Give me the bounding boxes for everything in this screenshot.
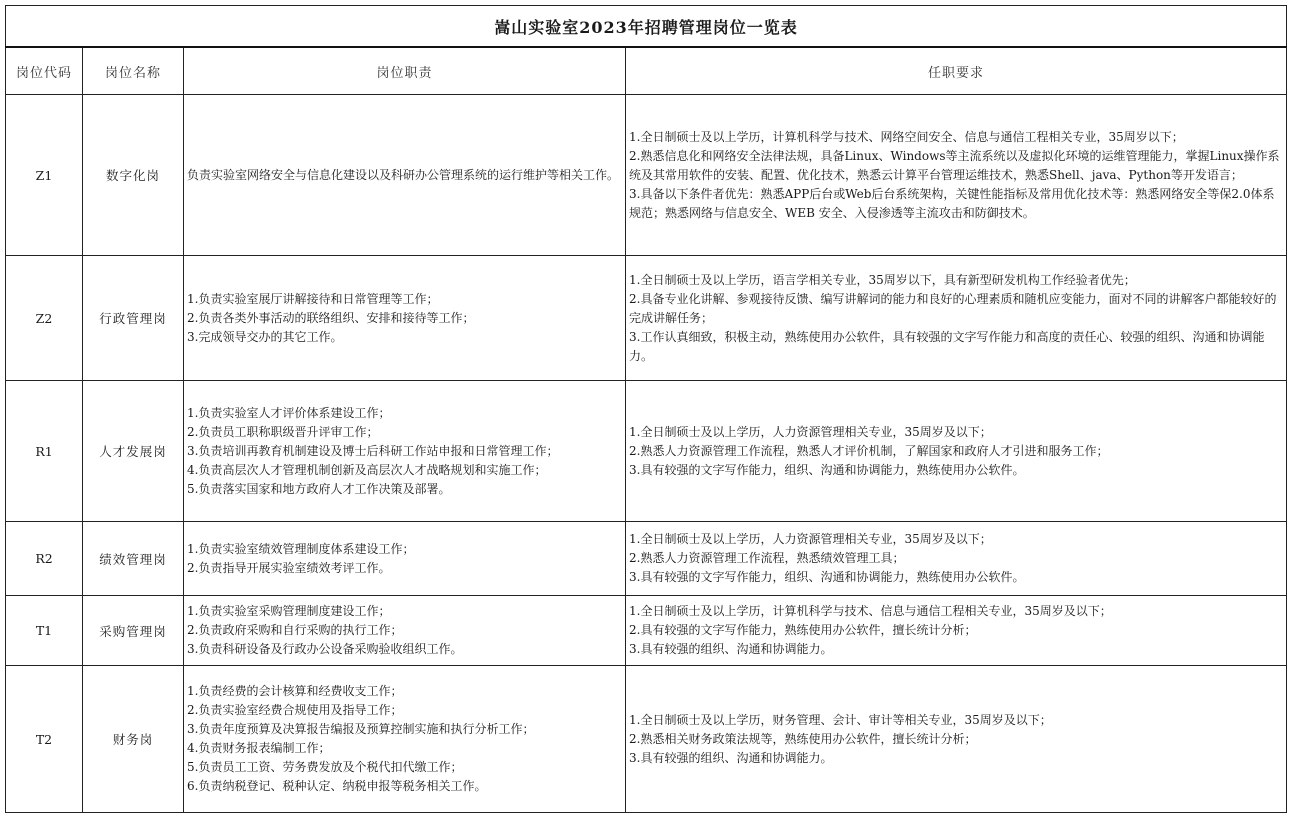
duty-item: 2.负责各类外事活动的联络组织、安排和接待等工作；: [187, 309, 622, 328]
position-code: R2: [6, 522, 83, 596]
table-row: R1 人才发展岗 1.负责实验室人才评价体系建设工作； 2.负责员工职称职级晋升…: [6, 381, 1287, 522]
duty-item: 2.负责指导开展实验室绩效考评工作。: [187, 559, 622, 578]
header-row: 岗位代码 岗位名称 岗位职责 任职要求: [6, 47, 1287, 95]
requirement-item: 3.具有较强的组织、沟通和协调能力。: [629, 749, 1283, 768]
requirement-item: 2.熟悉人力资源管理工作流程，熟悉人才评价机制，了解国家和政府人才引进和服务工作…: [629, 442, 1283, 461]
requirement-item: 1.全日制硕士及以上学历，计算机科学与技术、信息与通信工程相关专业，35周岁及以…: [629, 602, 1283, 621]
duty-item: 3.完成领导交办的其它工作。: [187, 328, 622, 347]
table-row: T2 财务岗 1.负责经费的会计核算和经费收支工作； 2.负责实验室经费合规使用…: [6, 666, 1287, 813]
position-code: T1: [6, 596, 83, 666]
duty-item: 1.负责实验室采购管理制度建设工作；: [187, 602, 622, 621]
duty-item: 1.负责经费的会计核算和经费收支工作；: [187, 682, 622, 701]
position-requirements: 1.全日制硕士及以上学历，人力资源管理相关专业，35周岁及以下； 2.熟悉人力资…: [626, 381, 1287, 522]
position-duties: 负责实验室网络安全与信息化建设以及科研办公管理系统的运行维护等相关工作。: [184, 95, 626, 256]
requirement-item: 1.全日制硕士及以上学历，人力资源管理相关专业，35周岁及以下；: [629, 530, 1283, 549]
title-row: 嵩山实验室2023年招聘管理岗位一览表: [6, 6, 1287, 48]
requirement-item: 2.具备专业化讲解、参观接待反馈、编写讲解词的能力和良好的心理素质和随机应变能力…: [629, 290, 1283, 328]
position-duties: 1.负责实验室绩效管理制度体系建设工作； 2.负责指导开展实验室绩效考评工作。: [184, 522, 626, 596]
position-duties: 1.负责实验室人才评价体系建设工作； 2.负责员工职称职级晋升评审工作； 3.负…: [184, 381, 626, 522]
requirement-item: 2.熟悉人力资源管理工作流程，熟悉绩效管理工具；: [629, 549, 1283, 568]
requirement-item: 1.全日制硕士及以上学历，人力资源管理相关专业，35周岁及以下；: [629, 423, 1283, 442]
position-code: Z2: [6, 256, 83, 381]
page-title: 嵩山实验室2023年招聘管理岗位一览表: [6, 6, 1287, 48]
position-duties: 1.负责实验室展厅讲解接待和日常管理等工作； 2.负责各类外事活动的联络组织、安…: [184, 256, 626, 381]
position-requirements: 1.全日制硕士及以上学历，人力资源管理相关专业，35周岁及以下； 2.熟悉人力资…: [626, 522, 1287, 596]
header-requirements: 任职要求: [626, 47, 1287, 95]
position-name: 财务岗: [83, 666, 184, 813]
position-code: T2: [6, 666, 83, 813]
table-row: T1 采购管理岗 1.负责实验室采购管理制度建设工作； 2.负责政府采购和自行采…: [6, 596, 1287, 666]
requirement-item: 3.工作认真细致，积极主动，熟练使用办公软件，具有较强的文字写作能力和高度的责任…: [629, 328, 1283, 366]
requirement-item: 1.全日制硕士及以上学历，语言学相关专业，35周岁以下，具有新型研发机构工作经验…: [629, 271, 1283, 290]
position-requirements: 1.全日制硕士及以上学历，财务管理、会计、审计等相关专业，35周岁及以下； 2.…: [626, 666, 1287, 813]
requirement-item: 1.全日制硕士及以上学历，计算机科学与技术、网络空间安全、信息与通信工程相关专业…: [629, 128, 1283, 147]
positions-table: 嵩山实验室2023年招聘管理岗位一览表 岗位代码 岗位名称 岗位职责 任职要求 …: [5, 5, 1287, 813]
table-row: R2 绩效管理岗 1.负责实验室绩效管理制度体系建设工作； 2.负责指导开展实验…: [6, 522, 1287, 596]
requirement-item: 3.具备以下条件者优先：熟悉APP后台或Web后台系统架构，关键性能指标及常用优…: [629, 185, 1283, 223]
requirement-item: 2.熟悉相关财务政策法规等，熟练使用办公软件，擅长统计分析；: [629, 730, 1283, 749]
position-code: R1: [6, 381, 83, 522]
requirement-item: 2.熟悉信息化和网络安全法律法规，具备Linux、Windows等主流系统以及虚…: [629, 147, 1283, 185]
duty-item: 6.负责纳税登记、税种认定、纳税申报等税务相关工作。: [187, 777, 622, 796]
duty-item: 4.负责高层次人才管理机制创新及高层次人才战略规划和实施工作；: [187, 461, 622, 480]
position-name: 行政管理岗: [83, 256, 184, 381]
duty-item: 1.负责实验室人才评价体系建设工作；: [187, 404, 622, 423]
requirement-item: 3.具有较强的文字写作能力，组织、沟通和协调能力，熟练使用办公软件。: [629, 461, 1283, 480]
requirement-item: 1.全日制硕士及以上学历，财务管理、会计、审计等相关专业，35周岁及以下；: [629, 711, 1283, 730]
position-duties: 1.负责经费的会计核算和经费收支工作； 2.负责实验室经费合规使用及指导工作； …: [184, 666, 626, 813]
duty-item: 2.负责实验室经费合规使用及指导工作；: [187, 701, 622, 720]
duty-item: 4.负责财务报表编制工作；: [187, 739, 622, 758]
requirement-item: 2.具有较强的文字写作能力，熟练使用办公软件，擅长统计分析；: [629, 621, 1283, 640]
duty-item: 5.负责员工工资、劳务费发放及个税代扣代缴工作；: [187, 758, 622, 777]
duty-item: 负责实验室网络安全与信息化建设以及科研办公管理系统的运行维护等相关工作。: [187, 166, 622, 185]
position-name: 数字化岗: [83, 95, 184, 256]
duty-item: 3.负责科研设备及行政办公设备采购验收组织工作。: [187, 640, 622, 659]
position-duties: 1.负责实验室采购管理制度建设工作； 2.负责政府采购和自行采购的执行工作； 3…: [184, 596, 626, 666]
duty-item: 5.负责落实国家和地方政府人才工作决策及部署。: [187, 480, 622, 499]
header-duties: 岗位职责: [184, 47, 626, 95]
header-name: 岗位名称: [83, 47, 184, 95]
duty-item: 1.负责实验室展厅讲解接待和日常管理等工作；: [187, 290, 622, 309]
header-code: 岗位代码: [6, 47, 83, 95]
requirement-item: 3.具有较强的文字写作能力，组织、沟通和协调能力，熟练使用办公软件。: [629, 568, 1283, 587]
position-requirements: 1.全日制硕士及以上学历，计算机科学与技术、网络空间安全、信息与通信工程相关专业…: [626, 95, 1287, 256]
position-name: 人才发展岗: [83, 381, 184, 522]
duty-item: 3.负责培训再教育机制建设及博士后科研工作站申报和日常管理工作；: [187, 442, 622, 461]
position-requirements: 1.全日制硕士及以上学历，计算机科学与技术、信息与通信工程相关专业，35周岁及以…: [626, 596, 1287, 666]
table-row: Z1 数字化岗 负责实验室网络安全与信息化建设以及科研办公管理系统的运行维护等相…: [6, 95, 1287, 256]
position-name: 采购管理岗: [83, 596, 184, 666]
duty-item: 1.负责实验室绩效管理制度体系建设工作；: [187, 540, 622, 559]
table-row: Z2 行政管理岗 1.负责实验室展厅讲解接待和日常管理等工作； 2.负责各类外事…: [6, 256, 1287, 381]
position-name: 绩效管理岗: [83, 522, 184, 596]
position-code: Z1: [6, 95, 83, 256]
requirement-item: 3.具有较强的组织、沟通和协调能力。: [629, 640, 1283, 659]
duty-item: 2.负责政府采购和自行采购的执行工作；: [187, 621, 622, 640]
position-requirements: 1.全日制硕士及以上学历，语言学相关专业，35周岁以下，具有新型研发机构工作经验…: [626, 256, 1287, 381]
duty-item: 3.负责年度预算及决算报告编报及预算控制实施和执行分析工作；: [187, 720, 622, 739]
duty-item: 2.负责员工职称职级晋升评审工作；: [187, 423, 622, 442]
recruitment-table-sheet: 嵩山实验室2023年招聘管理岗位一览表 岗位代码 岗位名称 岗位职责 任职要求 …: [5, 5, 1286, 818]
